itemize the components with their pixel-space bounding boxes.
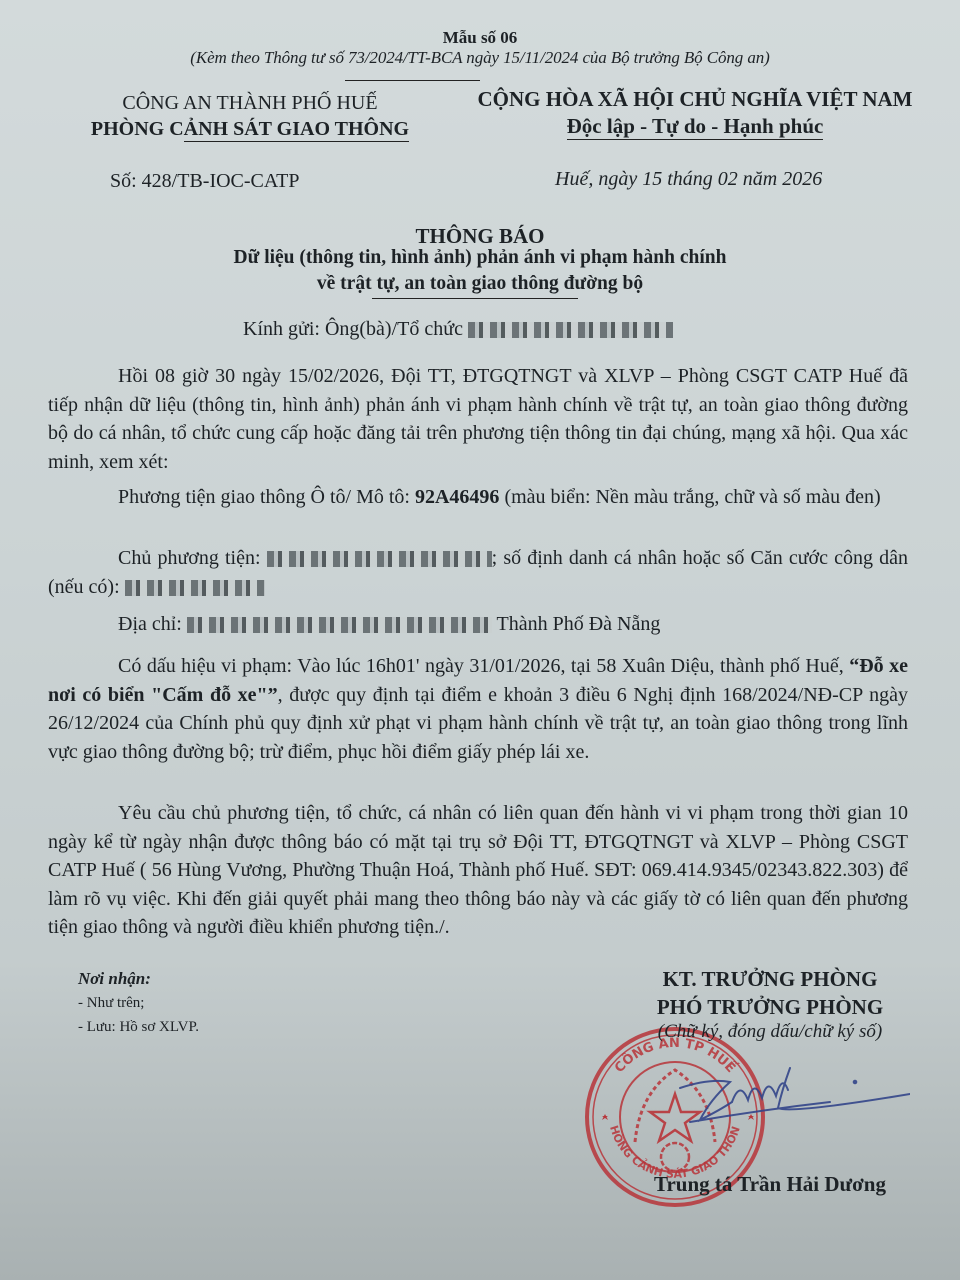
- salutation: Kính gửi: Ông(bà)/Tổ chức: [243, 318, 673, 341]
- redacted-id-number: [125, 580, 265, 596]
- recipient-item: - Như trên;: [78, 991, 199, 1015]
- paragraph-request: Yêu cầu chủ phương tiện, tổ chức, cá nhâ…: [48, 799, 908, 942]
- violation-time-place: Có dấu hiệu vi phạm: Vào lúc 16h01' ngày…: [118, 655, 849, 677]
- owner-label: Chủ phương tiện:: [118, 547, 267, 569]
- signature-note: (Chữ ký, đóng dấu/chữ ký số): [600, 1021, 940, 1043]
- recipient-item: - Lưu: Hồ sơ XLVP.: [78, 1015, 199, 1039]
- paragraph-address: Địa chỉ: Thành Phố Đà Nẵng: [48, 610, 908, 639]
- address-city: Thành Phố Đà Nẵng: [492, 613, 661, 635]
- divider: [372, 298, 578, 299]
- subtitle-line-2: về trật tự, an toàn giao thông đường bộ: [0, 271, 960, 297]
- subtitle-line-1: Dữ liệu (thông tin, hình ảnh) phản ánh v…: [0, 245, 960, 271]
- recipients-label: Nơi nhận:: [78, 967, 199, 991]
- paragraph-owner: Chủ phương tiện: ; số định danh cá nhân …: [48, 544, 908, 601]
- vehicle-label: Phương tiện giao thông Ô tô/ Mô tô:: [118, 486, 415, 508]
- place-date: Huế, ngày 15 tháng 02 năm 2026: [555, 168, 822, 191]
- redacted-owner-name: [267, 551, 492, 567]
- national-header: CỘNG HÒA XÃ HỘI CHỦ NGHĨA VIỆT NAM Độc l…: [450, 86, 940, 140]
- document-number: Số: 428/TB-IOC-CATP: [110, 170, 299, 193]
- redacted-address: [187, 617, 492, 633]
- signature-authority: KT. TRƯỞNG PHÒNG: [600, 965, 940, 993]
- form-number: Mẫu số 06: [0, 28, 960, 48]
- republic-title: CỘNG HÒA XÃ HỘI CHỦ NGHĨA VIỆT NAM: [450, 86, 940, 113]
- recipients-block: Nơi nhận: - Như trên; - Lưu: Hồ sơ XLVP.: [78, 967, 199, 1039]
- handwritten-signature-icon: [670, 1060, 910, 1150]
- signature-block: KT. TRƯỞNG PHÒNG PHÓ TRƯỞNG PHÒNG (Chữ k…: [600, 965, 940, 1043]
- redacted-recipient: [468, 322, 673, 338]
- paragraph-vehicle: Phương tiện giao thông Ô tô/ Mô tô: 92A4…: [48, 483, 908, 512]
- salutation-label: Kính gửi: Ông(bà)/Tổ chức: [243, 318, 463, 340]
- plate-color-note: (màu biển: Nền màu trắng, chữ và số màu …: [499, 486, 880, 508]
- license-plate: 92A46496: [415, 486, 499, 508]
- agency-department: PHÒNG CẢNH SÁT GIAO THÔNG: [55, 116, 445, 142]
- document-subtitle: Dữ liệu (thông tin, hình ảnh) phản ánh v…: [0, 245, 960, 297]
- signature-position: PHÓ TRƯỞNG PHÒNG: [600, 993, 940, 1021]
- agency-department-underlined: ẢNH SÁT GIAO THÔNG: [184, 118, 409, 142]
- paragraph-text: Hồi 08 giờ 30 ngày 15/02/2026, Đội TT, Đ…: [48, 365, 908, 473]
- agency-department-prefix: PHÒNG C: [91, 118, 184, 140]
- signer-name: Trung tá Trần Hải Dương: [600, 1172, 940, 1197]
- address-label: Địa chỉ:: [118, 613, 187, 635]
- paragraph-violation: Có dấu hiệu vi phạm: Vào lúc 16h01' ngày…: [48, 652, 908, 766]
- agency-parent: CÔNG AN THÀNH PHỐ HUẾ: [55, 90, 445, 116]
- divider: [345, 80, 480, 81]
- issuing-agency: CÔNG AN THÀNH PHỐ HUẾ PHÒNG CẢNH SÁT GIA…: [55, 90, 445, 142]
- attachment-note: (Kèm theo Thông tư số 73/2024/TT-BCA ngà…: [0, 48, 960, 68]
- paragraph-text: Yêu cầu chủ phương tiện, tổ chức, cá nhâ…: [48, 802, 908, 938]
- national-motto: Độc lập - Tự do - Hạnh phúc: [567, 114, 824, 140]
- paragraph-receipt: Hồi 08 giờ 30 ngày 15/02/2026, Đội TT, Đ…: [48, 362, 908, 476]
